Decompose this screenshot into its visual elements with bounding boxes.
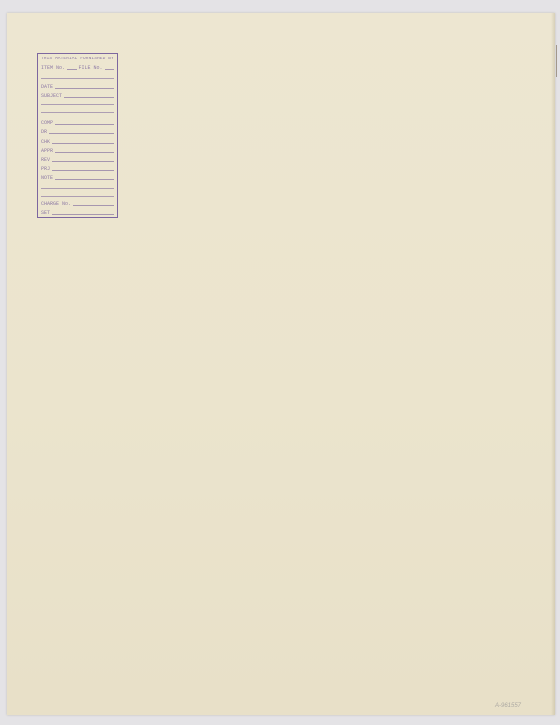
stamp-row-charge: CHARGE No. bbox=[41, 200, 114, 207]
stamp-row-dr: DR bbox=[41, 128, 114, 135]
stamp-label: DR bbox=[41, 130, 47, 135]
stamp-label: ITEM No. bbox=[41, 66, 65, 71]
stamp-row-prj: PRJ bbox=[41, 165, 114, 172]
stamp-line bbox=[55, 152, 114, 153]
stamp-row-appr: APPR bbox=[41, 147, 114, 154]
stamp-label: CHK bbox=[41, 140, 50, 145]
stamp-row-date: DATE bbox=[41, 83, 114, 90]
stamp-label: REV bbox=[41, 158, 50, 163]
stamp-label: NOTE bbox=[41, 176, 53, 181]
stamp-label: SET bbox=[41, 211, 50, 216]
stamp-line bbox=[49, 133, 114, 134]
stamp-row-comp: COMP bbox=[41, 119, 114, 126]
stamp-blank-line bbox=[41, 78, 114, 79]
pencil-catalog-number: A-961557 bbox=[495, 703, 521, 709]
stamp-line bbox=[73, 205, 114, 206]
stamp-row-rev: REV bbox=[41, 156, 114, 163]
stamp-blank-line bbox=[41, 188, 114, 189]
stamp-line bbox=[52, 214, 114, 215]
stamp-blank-line bbox=[41, 104, 114, 105]
stamp-line bbox=[64, 97, 114, 98]
stamp-line bbox=[105, 69, 114, 70]
stamp-row-set: SET bbox=[41, 209, 114, 216]
stamp-line bbox=[55, 179, 114, 180]
stamp-row-note: NOTE bbox=[41, 174, 114, 181]
stamp-label: APPR bbox=[41, 149, 53, 154]
stamp-header: THIS MATERIAL FURNISHED BY bbox=[41, 57, 114, 62]
stamp-line bbox=[55, 124, 114, 125]
stamp-label: COMP bbox=[41, 121, 53, 126]
stamp-blank-line bbox=[41, 196, 114, 197]
stamp-blank-line bbox=[41, 112, 114, 113]
stamp-label: DATE bbox=[41, 85, 53, 90]
stamp-line bbox=[55, 88, 114, 89]
stamp-label: CHARGE No. bbox=[41, 202, 71, 207]
stamp-line bbox=[52, 170, 114, 171]
stamp-label: SUBJECT bbox=[41, 94, 62, 99]
paper-edge-tear bbox=[552, 45, 557, 77]
rubber-stamp-form: THIS MATERIAL FURNISHED BY ITEM No. FILE… bbox=[37, 53, 118, 218]
stamp-label: FILE No. bbox=[79, 66, 103, 71]
stamp-row-subject: SUBJECT bbox=[41, 92, 114, 99]
stamp-line bbox=[52, 161, 114, 162]
stamp-label: PRJ bbox=[41, 167, 50, 172]
stamp-line bbox=[52, 143, 114, 144]
stamp-line bbox=[67, 69, 76, 70]
stamp-row-item-file: ITEM No. FILE No. bbox=[41, 64, 114, 71]
stamp-row-chk: CHK bbox=[41, 138, 114, 145]
